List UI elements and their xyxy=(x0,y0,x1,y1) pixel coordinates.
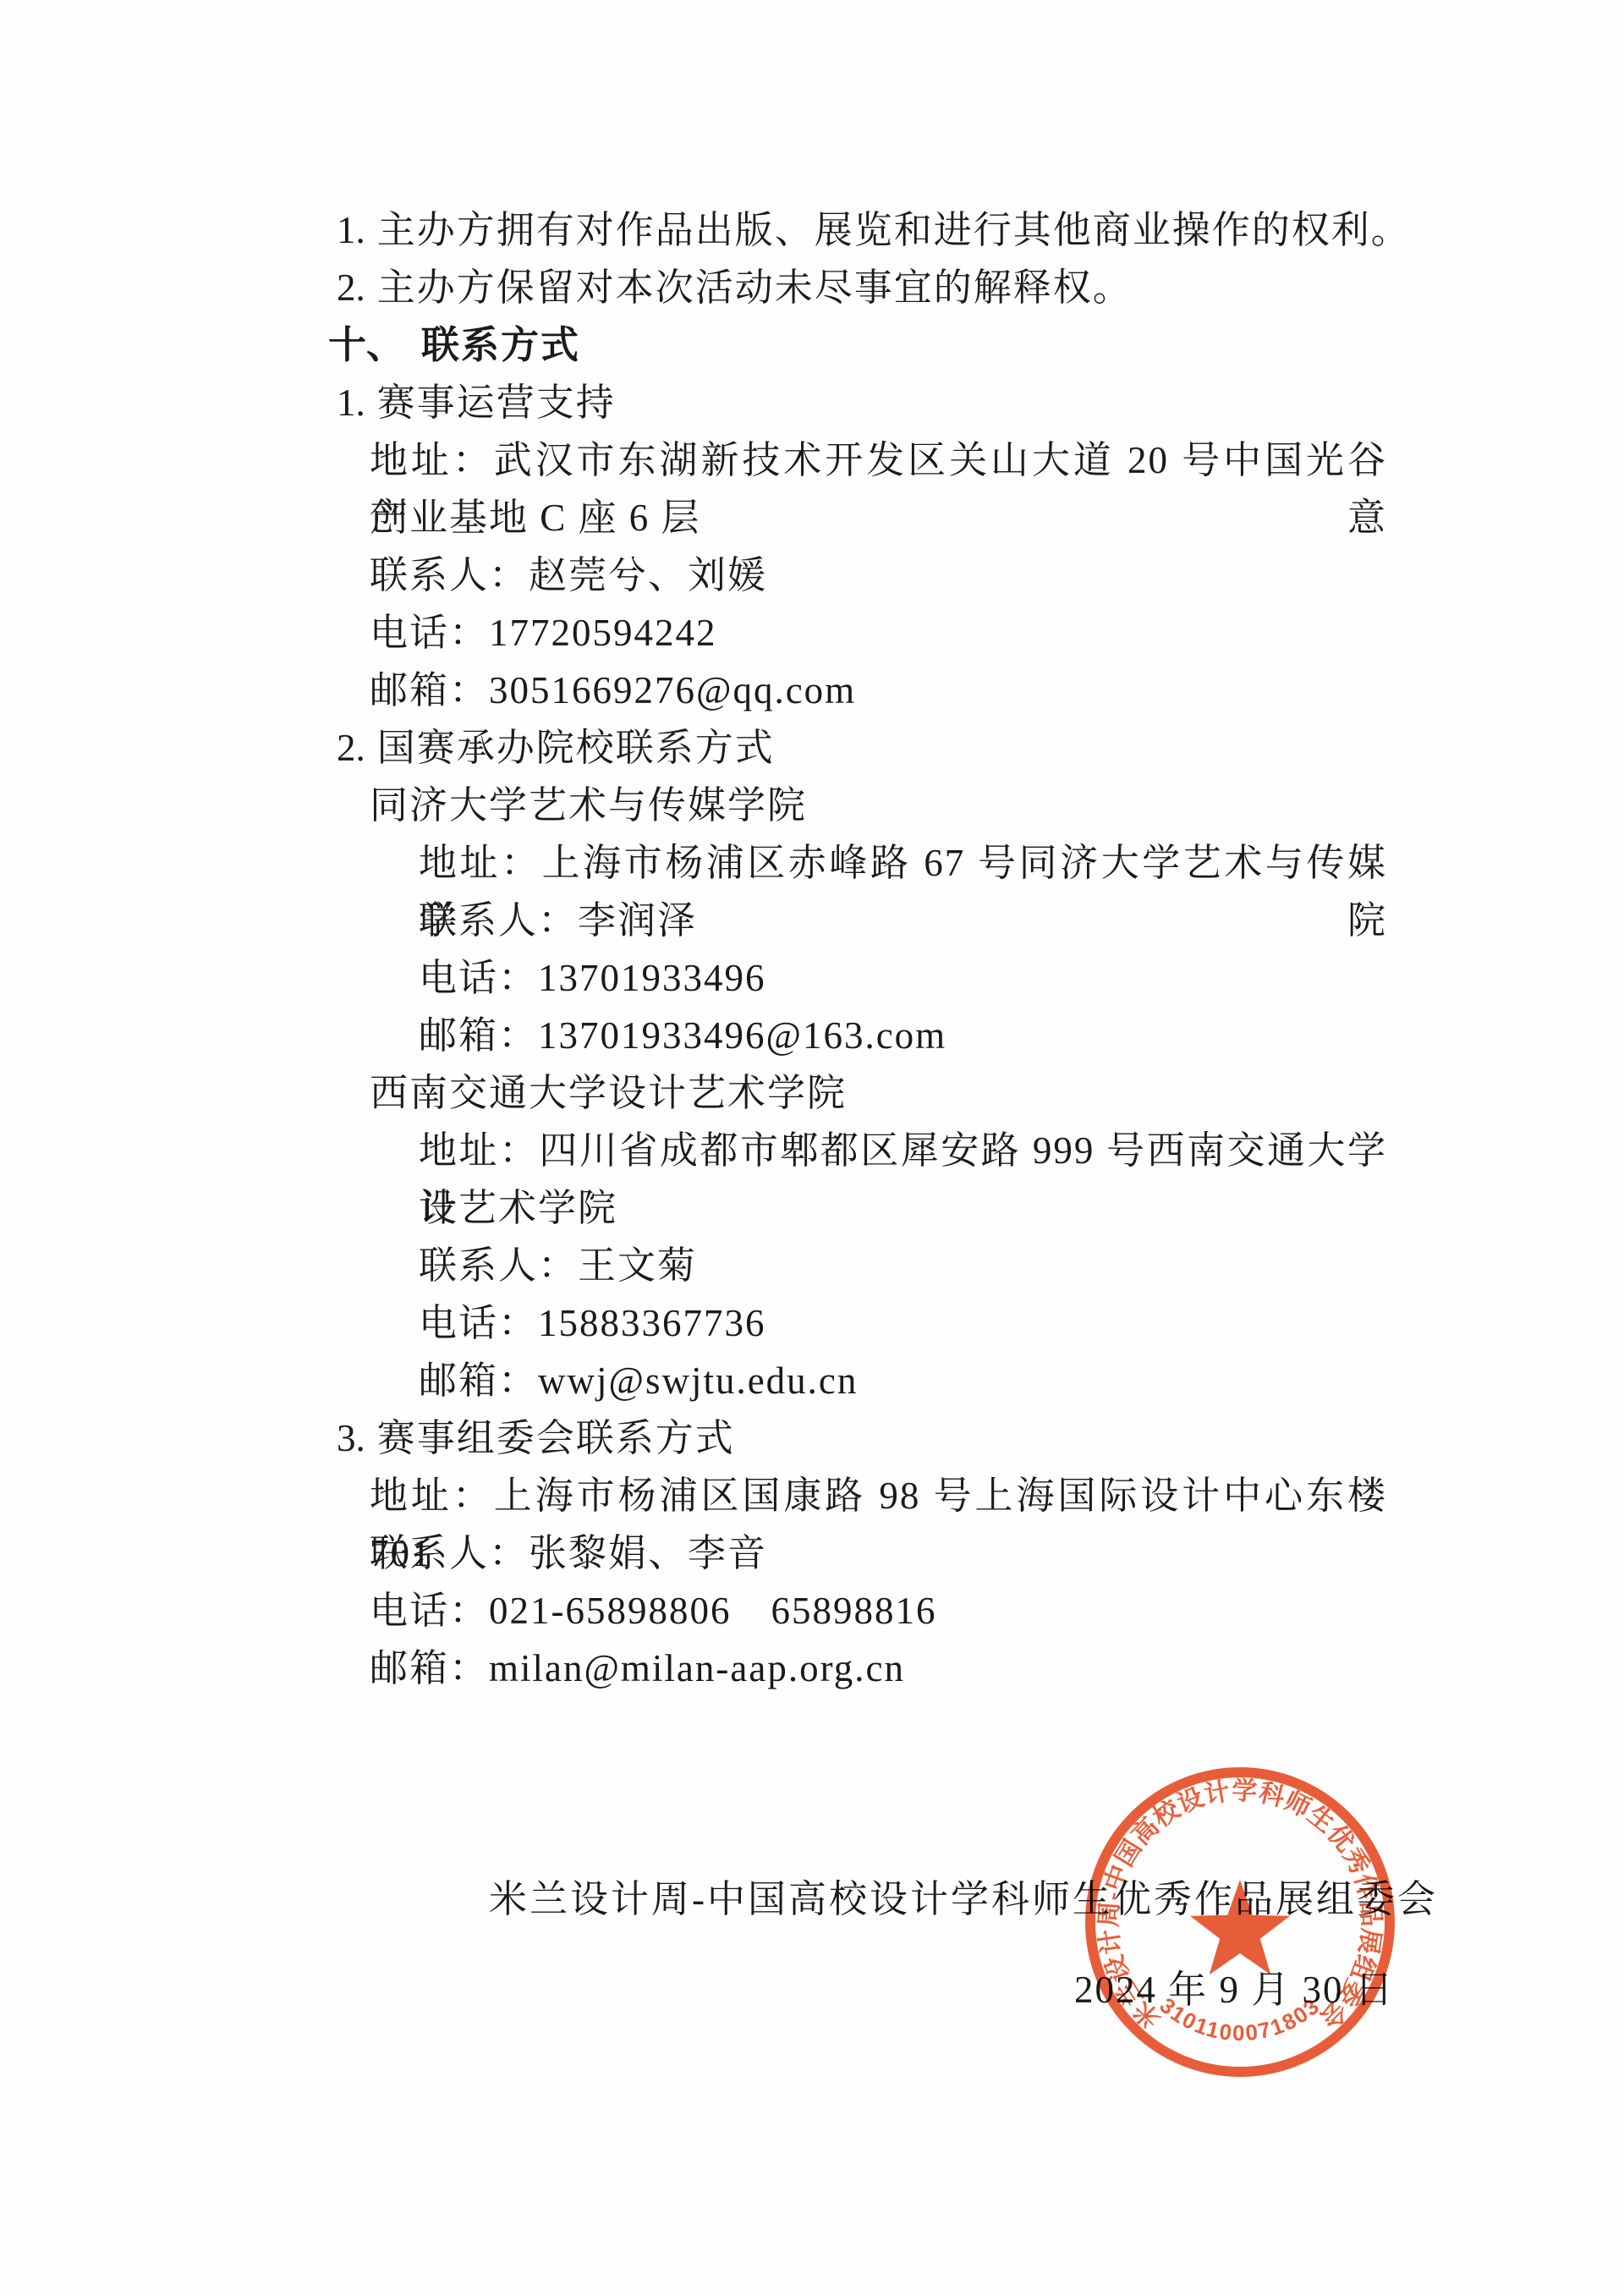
line-number: 3. xyxy=(337,1409,365,1467)
document-page: 1.主办方拥有对作品出版、展览和进行其他商业操作的权利。2.主办方保留对本次活动… xyxy=(0,0,1624,2296)
line-text: 邮箱：milan@milan-aap.org.cn xyxy=(370,1647,905,1689)
document-line: 电话：13701933496 xyxy=(0,949,1624,1007)
document-line: 同济大学艺术与传媒学院 xyxy=(0,777,1624,834)
line-text: 西南交通大学设计艺术学院 xyxy=(370,1072,847,1114)
line-text: 邮箱：13701933496@163.com xyxy=(419,1014,946,1057)
document-line: 联系人：张黎娟、李音 xyxy=(0,1524,1624,1582)
document-line: 2.主办方保留对本次活动未尽事宜的解释权。 xyxy=(0,259,1624,316)
document-line: 1.赛事运营支持 xyxy=(0,374,1624,431)
line-text: 赛事运营支持 xyxy=(377,382,616,424)
document-line: 2.国赛承办院校联系方式 xyxy=(0,719,1624,777)
line-number: 1. xyxy=(337,374,365,431)
line-text: 电话：13701933496 xyxy=(419,957,766,999)
document-body: 1.主办方拥有对作品出版、展览和进行其他商业操作的权利。2.主办方保留对本次活动… xyxy=(0,201,1624,1697)
document-line: 邮箱：wwj@swjtu.edu.cn xyxy=(0,1352,1624,1409)
line-text: 电话：15883367736 xyxy=(419,1302,766,1344)
line-text: 邮箱：3051669276@qq.com xyxy=(370,669,856,711)
document-line: 电话：021-65898806 65898816 xyxy=(0,1582,1624,1640)
section-heading: 十、联系方式 xyxy=(0,316,1624,374)
line-number: 2. xyxy=(337,719,365,777)
seal-star-icon xyxy=(1190,1880,1290,1975)
document-line: 1.主办方拥有对作品出版、展览和进行其他商业操作的权利。 xyxy=(0,201,1624,259)
line-text: 赛事组委会联系方式 xyxy=(377,1417,735,1459)
svg-text:3101100071803: 3101100071803 xyxy=(1155,1992,1325,2046)
document-line: 地址：上海市杨浦区赤峰路 67 号同济大学艺术与传媒学院 xyxy=(0,834,1387,892)
line-text: 国赛承办院校联系方式 xyxy=(377,727,775,769)
line-text: 电话：021-65898806 65898816 xyxy=(370,1590,937,1632)
line-text: 联系人：赵莞兮、刘媛 xyxy=(370,554,767,596)
line-text: 联系人：王文菊 xyxy=(419,1244,697,1287)
line-text: 同济大学艺术与传媒学院 xyxy=(370,784,807,827)
line-text: 联系人：李润泽 xyxy=(419,899,697,942)
line-number: 2. xyxy=(337,259,365,316)
seal-serial-number: 3101100071803 xyxy=(1155,1992,1325,2046)
line-text: 联系方式 xyxy=(421,324,580,366)
line-number: 十、 xyxy=(328,316,404,374)
document-line: 邮箱：3051669276@qq.com xyxy=(0,662,1624,719)
line-text: 邮箱：wwj@swjtu.edu.cn xyxy=(419,1359,858,1402)
document-line: 计艺术学院 xyxy=(0,1179,1624,1237)
line-number: 1. xyxy=(337,201,365,259)
document-line: 电话：17720594242 xyxy=(0,604,1624,662)
document-line: 联系人：王文菊 xyxy=(0,1237,1624,1294)
document-line: 西南交通大学设计艺术学院 xyxy=(0,1064,1624,1122)
line-text: 计艺术学院 xyxy=(419,1187,617,1229)
line-text: 主办方拥有对作品出版、展览和进行其他商业操作的权利。 xyxy=(377,209,1411,251)
document-line: 联系人：赵莞兮、刘媛 xyxy=(0,547,1624,604)
document-line: 地址：武汉市东湖新技术开发区关山大道 20 号中国光谷创意 xyxy=(0,431,1387,489)
line-text: 电话：17720594242 xyxy=(370,612,717,654)
document-line: 邮箱：milan@milan-aap.org.cn xyxy=(0,1640,1624,1697)
line-text: 主办方保留对本次活动未尽事宜的解释权。 xyxy=(377,266,1133,309)
document-line: 地址：四川省成都市郫都区犀安路 999 号西南交通大学设 xyxy=(0,1122,1387,1179)
document-line: 电话：15883367736 xyxy=(0,1294,1624,1352)
official-seal: 米兰设计周-中国高校设计学科师生优秀作品展组委会 3101100071803 xyxy=(1062,1744,1418,2100)
document-line: 3.赛事组委会联系方式 xyxy=(0,1409,1624,1467)
line-text: 联系人：张黎娟、李音 xyxy=(370,1532,767,1574)
line-text: 产业基地 C 座 6 层 xyxy=(370,497,701,539)
document-line: 地址：上海市杨浦区国康路 98 号上海国际设计中心东楼 701 xyxy=(0,1467,1387,1524)
document-line: 邮箱：13701933496@163.com xyxy=(0,1007,1624,1064)
